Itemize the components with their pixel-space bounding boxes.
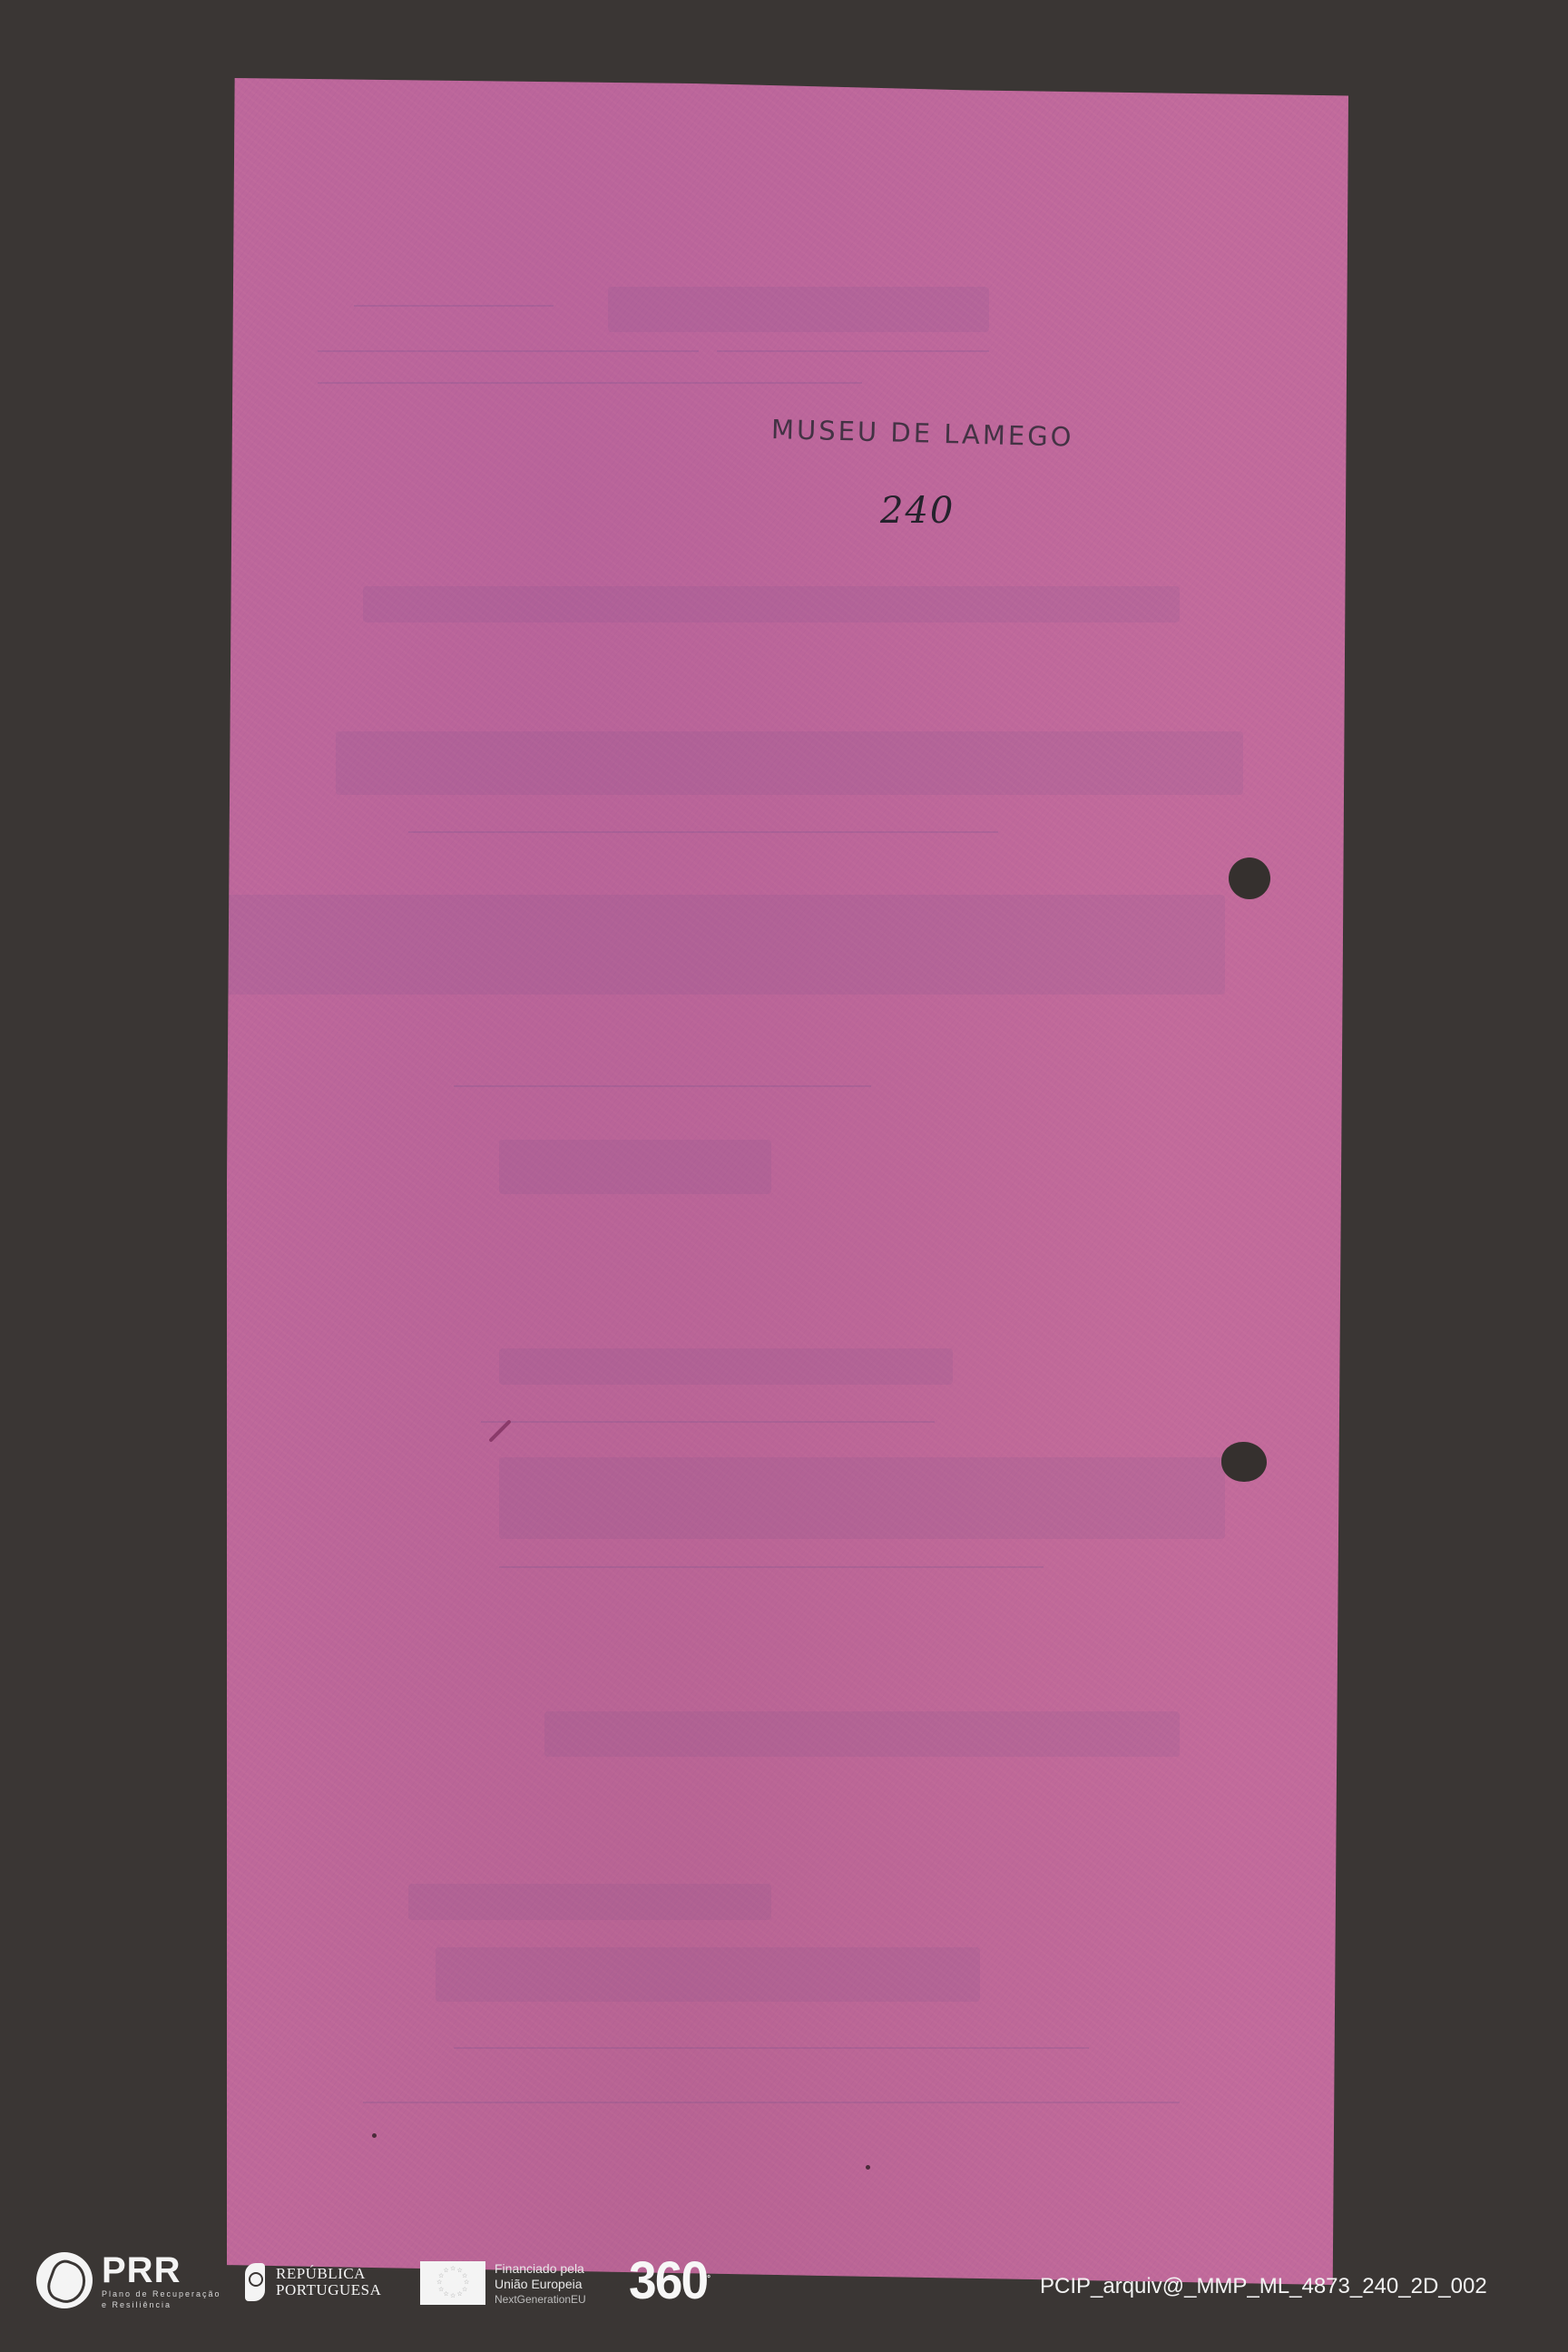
republica-portuguesa-logo: REPÚBLICA PORTUGUESA	[245, 2263, 381, 2301]
document-paper	[227, 78, 1348, 2285]
prr-logo: PRR Plano de Recuperação e Resiliência	[36, 2252, 221, 2310]
prr-title: PRR	[102, 2252, 221, 2288]
prr-emblem-icon	[36, 2252, 93, 2308]
republica-emblem-icon	[245, 2263, 265, 2301]
punch-hole	[1221, 1442, 1267, 1482]
logo-360-mark: °	[707, 2274, 709, 2284]
eu-funding-logo: ☆☆☆☆☆☆☆☆☆☆☆☆ Financiado pela União Europ…	[420, 2261, 586, 2308]
ink-dot-mark	[372, 2133, 377, 2138]
republica-line1: REPÚBLICA	[276, 2266, 381, 2282]
logo-360-text: 360	[629, 2251, 707, 2310]
handwritten-number: 240	[880, 490, 955, 532]
ink-dot-mark	[866, 2165, 870, 2170]
eu-flag-icon: ☆☆☆☆☆☆☆☆☆☆☆☆	[420, 2261, 485, 2305]
eu-line1: Financiado pela	[495, 2261, 586, 2277]
prr-subtitle-1: Plano de Recuperação	[102, 2288, 221, 2299]
logo-360: 360°	[629, 2254, 709, 2308]
scan-viewer: MUSEU DE LAMEGO 240 PRR Plano de Recuper…	[0, 0, 1568, 2352]
prr-subtitle-2: e Resiliência	[102, 2299, 221, 2310]
footer-logos: PRR Plano de Recuperação e Resiliência R…	[0, 2241, 1568, 2332]
punch-hole	[1229, 857, 1270, 899]
bleed-through-text	[227, 78, 1348, 2285]
republica-line2: PORTUGUESA	[276, 2282, 381, 2298]
eu-line3: NextGenerationEU	[495, 2292, 586, 2308]
document-id: PCIP_arquiv@_MMP_ML_4873_240_2D_002	[1040, 2274, 1487, 2299]
eu-line2: União Europeia	[495, 2277, 586, 2292]
